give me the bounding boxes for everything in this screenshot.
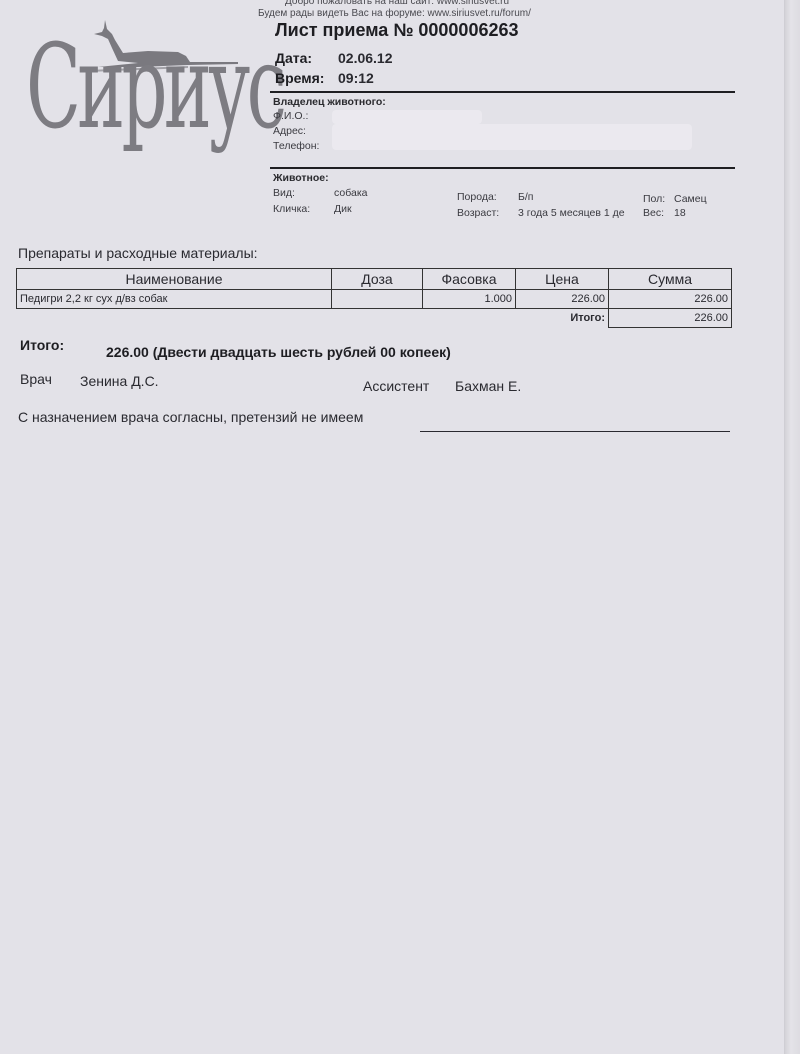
breed-value: Б/п xyxy=(518,191,534,203)
materials-heading: Препараты и расходные материалы: xyxy=(18,245,258,261)
pet-name-value: Дик xyxy=(334,203,352,215)
agreement-text: С назначением врача согласны, претензий … xyxy=(18,409,363,425)
sex-label: Пол: xyxy=(643,193,665,205)
summary-total-label: Итого: xyxy=(20,337,64,353)
page-edge xyxy=(785,0,800,1054)
owner-name-label: Ф.И.О.: xyxy=(273,110,308,122)
logo-text: Сириус xyxy=(26,30,283,146)
breed-label: Порода: xyxy=(457,191,497,203)
page-title: Лист приема № 0000006263 xyxy=(275,20,519,41)
table-row: Педигри 2,2 кг сух д/вз собак 1.000 226.… xyxy=(17,290,732,309)
date-label: Дата: xyxy=(275,50,312,66)
assistant-label: Ассистент xyxy=(363,378,429,394)
table-header-row: Наименование Доза Фасовка Цена Сумма xyxy=(17,269,732,290)
redacted-address xyxy=(332,124,692,150)
owner-address-label: Адрес: xyxy=(273,125,306,137)
age-label: Возраст: xyxy=(457,207,499,219)
table-total-label: Итого: xyxy=(516,309,609,328)
col-sum: Сумма xyxy=(609,269,732,290)
time-label: Время: xyxy=(275,70,324,86)
table-total-value: 226.00 xyxy=(609,309,732,328)
time-value: 09:12 xyxy=(338,70,374,86)
site-line-1: Добро пожаловать на наш сайт: www.sirius… xyxy=(285,0,509,7)
summary-total-text: 226.00 (Двести двадцать шесть рублей 00 … xyxy=(106,344,451,360)
col-price: Цена xyxy=(516,269,609,290)
assistant-value: Бахман Е. xyxy=(455,378,521,394)
date-value: 02.06.12 xyxy=(338,50,393,66)
weight-label: Вес: xyxy=(643,207,664,219)
divider xyxy=(270,91,735,93)
document-page xyxy=(0,0,785,1054)
site-line-2: Будем рады видеть Вас на форуме: www.sir… xyxy=(258,8,531,19)
species-label: Вид: xyxy=(273,187,295,199)
col-name: Наименование xyxy=(17,269,332,290)
weight-value: 18 xyxy=(674,207,686,219)
cell-name: Педигри 2,2 кг сух д/вз собак xyxy=(17,290,332,309)
sex-value: Самец xyxy=(674,193,707,205)
cell-price: 226.00 xyxy=(516,290,609,309)
col-pack: Фасовка xyxy=(423,269,516,290)
species-value: собака xyxy=(334,187,367,199)
doctor-label: Врач xyxy=(20,371,52,387)
cell-sum: 226.00 xyxy=(609,290,732,309)
cell-pack: 1.000 xyxy=(423,290,516,309)
col-dose: Доза xyxy=(332,269,423,290)
materials-table: Наименование Доза Фасовка Цена Сумма Пед… xyxy=(16,268,732,328)
pet-name-label: Кличка: xyxy=(273,203,310,215)
table-total-row: Итого: 226.00 xyxy=(17,309,732,328)
age-value: 3 года 5 месяцев 1 де xyxy=(518,207,625,219)
owner-phone-label: Телефон: xyxy=(273,140,319,152)
owner-section-title: Владелец животного: xyxy=(273,96,386,108)
redacted-name xyxy=(332,110,482,124)
divider xyxy=(270,167,735,169)
doctor-value: Зенина Д.С. xyxy=(80,373,159,389)
cell-dose xyxy=(332,290,423,309)
signature-line xyxy=(420,431,730,432)
animal-section-title: Животное: xyxy=(273,172,329,184)
